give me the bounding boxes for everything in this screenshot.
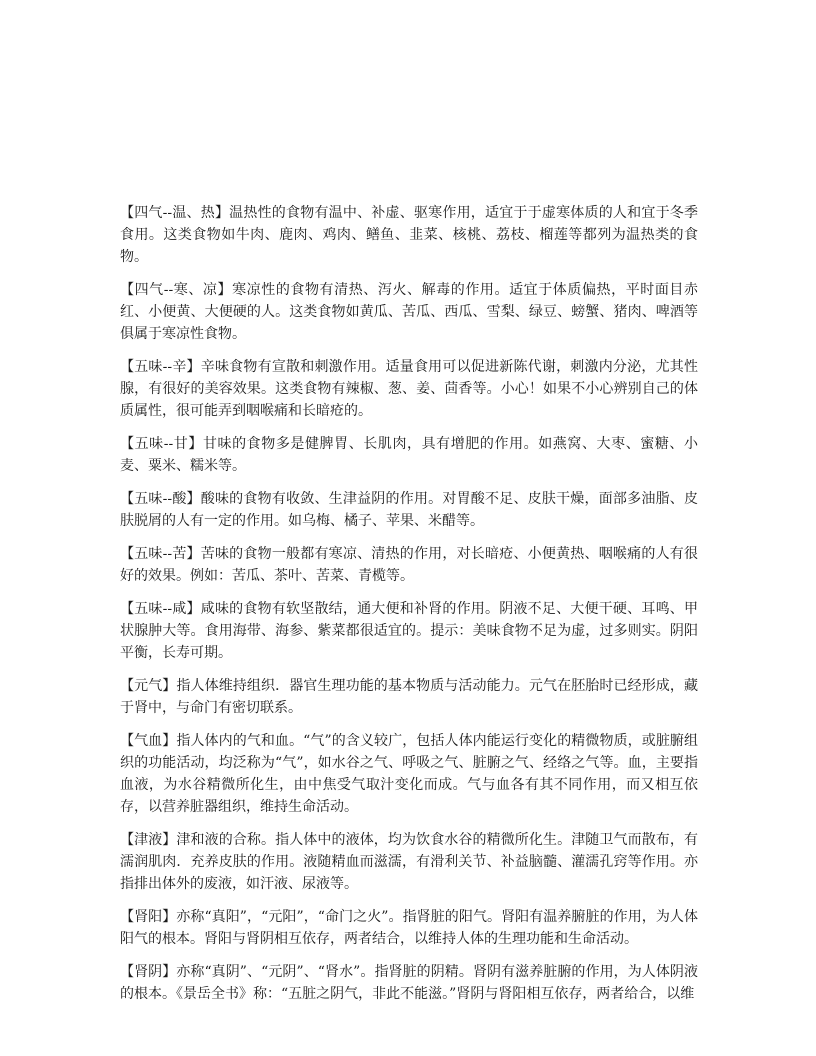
paragraph-body: 咸味的食物有软坚散结，通大便和补肾的作用。阴液不足、大便干硬、耳鸣、甲状腺肿大等… xyxy=(120,601,698,661)
paragraph-body: 甘味的食物多是健脾胃、长肌肉，具有增肥的作用。如燕窝、大枣、蜜糖、小麦、粟米、糯… xyxy=(120,436,698,474)
paragraph-siqi-wenre: 【四气--温、热】温热性的食物有温中、补虚、驱寒作用，适宜于于虚寒体质的人和宜于… xyxy=(120,202,698,268)
paragraph-body: 亦称“真阴”、“元阴”、“肾水”。指肾脏的阴精。肾阴有滋养脏腑的作用，为人体阴液… xyxy=(120,964,698,1002)
term-label: 【五味--酸】 xyxy=(120,491,201,507)
paragraph-siqi-hanliang: 【四气--寒、凉】寒凉性的食物有清热、泻火、解毒的作用。适宜于体质偏热，平时面目… xyxy=(120,279,698,345)
paragraph-body: 指人体维持组织．器官生理功能的基本物质与活动能力。元气在胚胎时已经形成，藏于肾中… xyxy=(120,678,698,716)
term-label: 【元气】 xyxy=(120,678,176,694)
term-label: 【肾阳】 xyxy=(120,909,176,925)
paragraph-body: 苦味的食物一般都有寒凉、清热的作用，对长暗疮、小便黄热、咽喉痛的人有很好的效果。… xyxy=(120,546,698,584)
paragraph-body: 亦称“真阳”，“元阳”，“命门之火”。指肾脏的阳气。肾阳有温养腑脏的作用，为人体… xyxy=(120,909,698,947)
term-label: 【气血】 xyxy=(120,733,176,749)
paragraph-wuwei-xin: 【五味--辛】辛味食物有宣散和刺激作用。适量食用可以促进新陈代谢，刺激内分泌，尤… xyxy=(120,356,698,422)
paragraph-shenyang: 【肾阳】亦称“真阳”，“元阳”，“命门之火”。指肾脏的阳气。肾阳有温养腑脏的作用… xyxy=(120,906,698,950)
paragraph-jinye: 【津液】津和液的合称。指人体中的液体，均为饮食水谷的精微所化生。津随卫气而散布，… xyxy=(120,829,698,895)
term-label: 【四气--温、热】 xyxy=(120,205,229,221)
paragraph-shenyin: 【肾阴】亦称“真阴”、“元阴”、“肾水”。指肾脏的阴精。肾阴有滋养脏腑的作用，为… xyxy=(120,961,698,1005)
term-label: 【五味--咸】 xyxy=(120,601,201,617)
term-label: 【五味--苦】 xyxy=(120,546,201,562)
paragraph-body: 酸味的食物有收敛、生津益阴的作用。对胃酸不足、皮肤干燥，面部多油脂、皮肤脱屑的人… xyxy=(120,491,698,529)
term-label: 【五味--甘】 xyxy=(120,436,203,452)
document-page: 【四气--温、热】温热性的食物有温中、补虚、驱寒作用，适宜于于虚寒体质的人和宜于… xyxy=(120,202,698,1016)
term-label: 【四气--寒、凉】 xyxy=(120,282,232,298)
paragraph-wuwei-ku: 【五味--苦】苦味的食物一般都有寒凉、清热的作用，对长暗疮、小便黄热、咽喉痛的人… xyxy=(120,543,698,587)
paragraph-body: 津和液的合称。指人体中的液体，均为饮食水谷的精微所化生。津随卫气而散布，有濡润肌… xyxy=(120,832,698,892)
paragraph-body: 辛味食物有宣散和刺激作用。适量食用可以促进新陈代谢，刺激内分泌，尤其性腺，有很好… xyxy=(120,359,698,419)
paragraph-yuanqi: 【元气】指人体维持组织．器官生理功能的基本物质与活动能力。元气在胚胎时已经形成，… xyxy=(120,675,698,719)
paragraph-wuwei-gan: 【五味--甘】甘味的食物多是健脾胃、长肌肉，具有增肥的作用。如燕窝、大枣、蜜糖、… xyxy=(120,433,698,477)
paragraph-wuwei-suan: 【五味--酸】酸味的食物有收敛、生津益阴的作用。对胃酸不足、皮肤干燥，面部多油脂… xyxy=(120,488,698,532)
paragraph-qixue: 【气血】指人体内的气和血。“气”的含义较广，包括人体内能运行变化的精微物质，或脏… xyxy=(120,730,698,818)
term-label: 【津液】 xyxy=(120,832,176,848)
term-label: 【五味--辛】 xyxy=(120,359,201,375)
paragraph-wuwei-xian: 【五味--咸】咸味的食物有软坚散结，通大便和补肾的作用。阴液不足、大便干硬、耳鸣… xyxy=(120,598,698,664)
term-label: 【肾阴】 xyxy=(120,964,176,980)
paragraph-body: 指人体内的气和血。“气”的含义较广，包括人体内能运行变化的精微物质，或脏腑组织的… xyxy=(120,733,698,815)
